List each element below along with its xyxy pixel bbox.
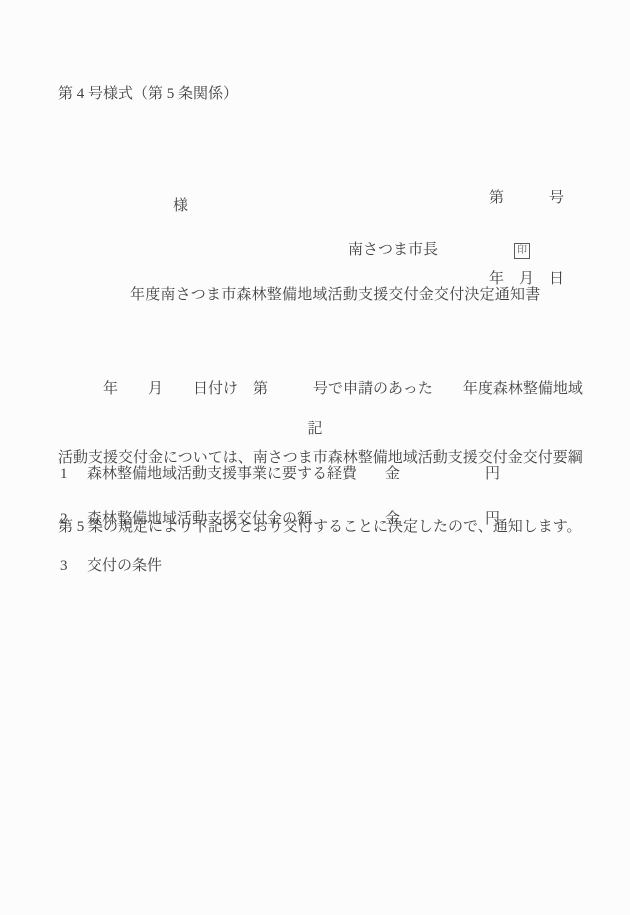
item-label: 森林整備地域活動支援交付金の額 [87, 512, 312, 527]
section-marker-ki: 記 [0, 422, 630, 437]
item-number: 1 [60, 467, 68, 482]
amount-prefix: 金 [385, 512, 400, 527]
list-item-expenses: 1 森林整備地域活動支援事業に要する経費 金 円 [0, 467, 630, 487]
document-page: 第 4 号様式（第 5 条関係） 第 号 年 月 日 様 南さつま市長 印 年度… [0, 0, 630, 915]
item-number: 3 [60, 559, 68, 574]
item-number: 2 [60, 512, 68, 527]
sender-title: 南さつま市長 [348, 243, 438, 258]
item-label: 森林整備地域活動支援事業に要する経費 [87, 467, 357, 482]
amount-prefix: 金 [385, 467, 400, 482]
item-label: 交付の条件 [87, 559, 162, 574]
body-paragraph: 年 月 日付け 第 号で申請のあった 年度森林整備地域 活動支援交付金については… [58, 332, 588, 585]
amount-suffix: 円 [485, 467, 500, 482]
list-item-conditions: 3 交付の条件 [0, 559, 630, 579]
list-item-grant-amount: 2 森林整備地域活動支援交付金の額 金 円 [0, 512, 630, 532]
body-line: 年 月 日付け 第 号で申請のあった 年度森林整備地域 [58, 378, 588, 401]
addressee-suffix: 様 [173, 199, 188, 214]
issue-block: 第 号 年 月 日 [489, 131, 564, 347]
issue-number-line: 第 号 [489, 185, 564, 212]
official-seal-placeholder: 印 [514, 243, 530, 259]
document-title: 年度南さつま市森林整備地域活動支援交付金交付決定通知書 [130, 288, 540, 303]
amount-suffix: 円 [485, 512, 500, 527]
form-number: 第 4 号様式（第 5 条関係） [58, 87, 238, 102]
